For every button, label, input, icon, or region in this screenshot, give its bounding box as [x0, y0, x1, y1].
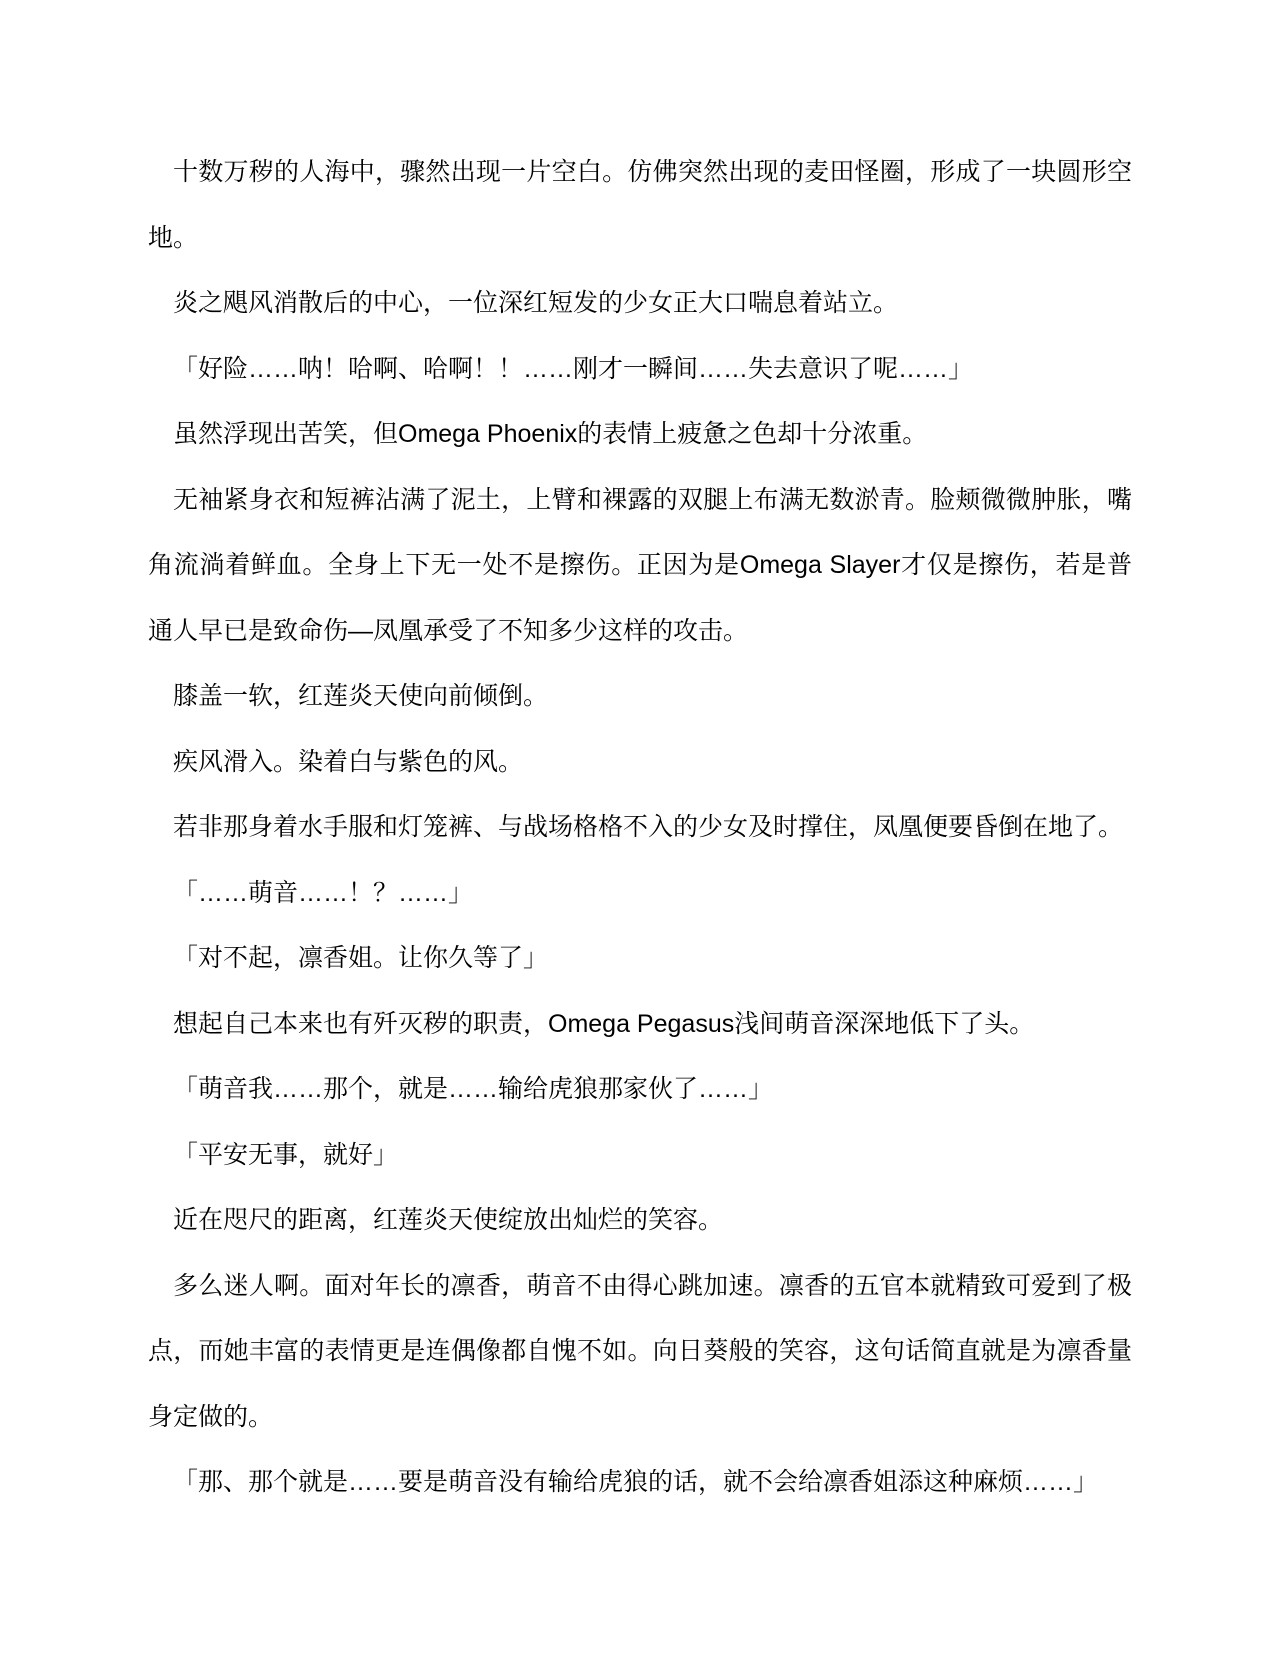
- document-page: 十数万秽的人海中，骤然出现一片空白。仿佛突然出现的麦田怪圈，形成了一块圆形空地。…: [0, 0, 1280, 1656]
- paragraph: 无袖紧身衣和短裤沾满了泥土，上臂和裸露的双腿上布满无数淤青。脸颊微微肿胀，嘴角流…: [148, 468, 1132, 665]
- paragraph: 多么迷人啊。面对年长的凛香，萌音不由得心跳加速。凛香的五官本就精致可爱到了极点，…: [148, 1254, 1132, 1451]
- dialogue-paragraph: 「平安无事，就好」: [148, 1123, 1132, 1189]
- paragraph: 膝盖一软，红莲炎天使向前倾倒。: [148, 664, 1132, 730]
- dialogue-paragraph: 「……萌音……！？……」: [148, 861, 1132, 927]
- dialogue-paragraph: 「萌音我……那个，就是……输给虎狼那家伙了……」: [148, 1057, 1132, 1123]
- dialogue-paragraph: 「对不起，凛香姐。让你久等了」: [148, 926, 1132, 992]
- paragraph: 若非那身着水手服和灯笼裤、与战场格格不入的少女及时撑住，凤凰便要昏倒在地了。: [148, 795, 1132, 861]
- paragraph: 想起自己本来也有歼灭秽的职责，Omega Pegasus浅间萌音深深地低下了头。: [148, 992, 1132, 1058]
- paragraph: 疾风滑入。染着白与紫色的风。: [148, 730, 1132, 796]
- paragraph: 十数万秽的人海中，骤然出现一片空白。仿佛突然出现的麦田怪圈，形成了一块圆形空地。: [148, 140, 1132, 271]
- paragraph: 近在咫尺的距离，红莲炎天使绽放出灿烂的笑容。: [148, 1188, 1132, 1254]
- dialogue-paragraph: 「那、那个就是……要是萌音没有输给虎狼的话，就不会给凛香姐添这种麻烦……」: [148, 1450, 1132, 1516]
- dialogue-paragraph: 「好险……呐！哈啊、哈啊！！……刚才一瞬间……失去意识了呢……」: [148, 337, 1132, 403]
- paragraph: 炎之飓风消散后的中心，一位深红短发的少女正大口喘息着站立。: [148, 271, 1132, 337]
- paragraph: 虽然浮现出苦笑，但Omega Phoenix的表情上疲惫之色却十分浓重。: [148, 402, 1132, 468]
